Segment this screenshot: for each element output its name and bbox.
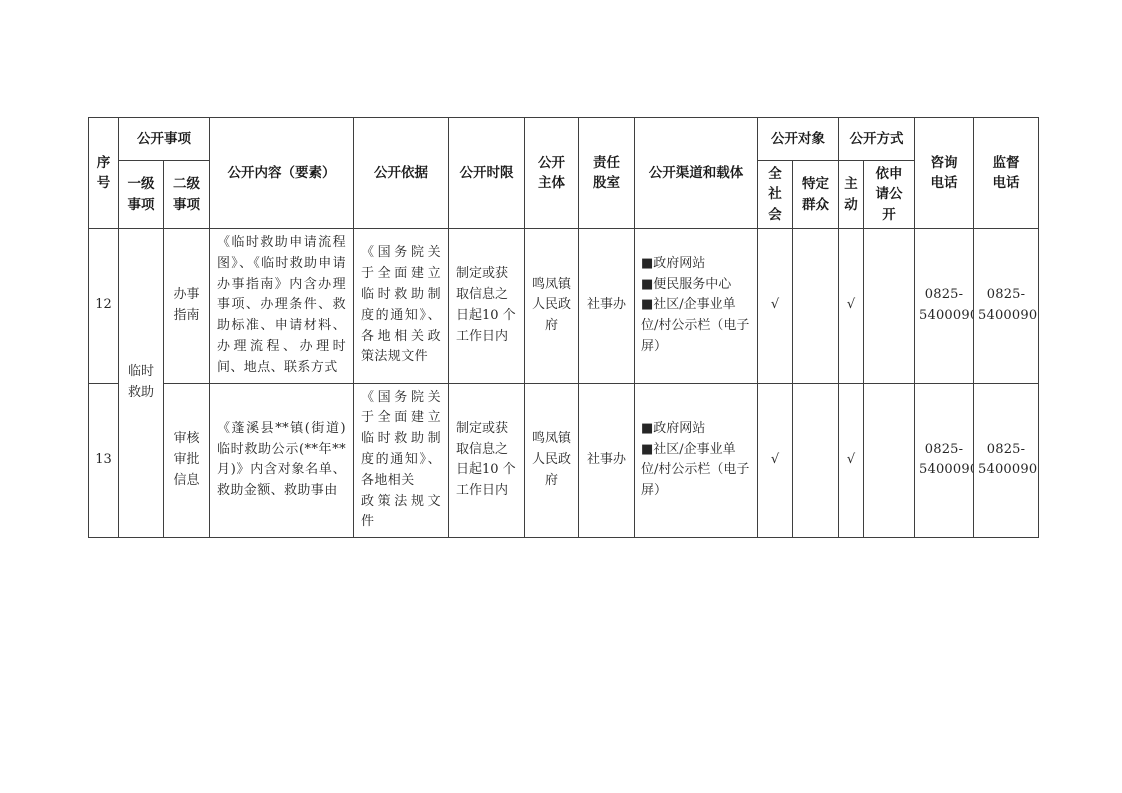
row13-supervision-phone: 0825- 5400090 <box>974 383 1039 538</box>
row12-channels: ■政府网站 ■便民服务中心 ■社区/企事业单位/村公示栏（电子屏） <box>635 229 758 384</box>
header-supervision-phone: 监督 电话 <box>974 118 1039 229</box>
row13-time-limit: 制定或获取信息之日起10 个工作日内 <box>449 383 525 538</box>
header-content: 公开内容（要素） <box>210 118 354 229</box>
row12-basis: 《国务院关于全面建立临时救助制度的通知》、各地相关政策法规文件 <box>354 229 449 384</box>
row13-level2: 审核 审批 信息 <box>164 383 210 538</box>
row13-method-on-request-check <box>864 383 915 538</box>
row12-serial: 12 <box>89 229 119 384</box>
row12-content: 《临时救助申请流程图》、《临时救助申请办事指南》内含办理事项、办理条件、救助标准… <box>210 229 354 384</box>
header-audience-all: 全 社 会 <box>758 161 793 229</box>
row13-serial: 13 <box>89 383 119 538</box>
header-time-limit: 公开时限 <box>449 118 525 229</box>
row12-supervision-phone: 0825- 5400090 <box>974 229 1039 384</box>
document-page: 序 号 公开事项 公开内容（要素） 公开依据 公开时限 公开 主体 责任 股室 … <box>0 0 1122 793</box>
header-basis: 公开依据 <box>354 118 449 229</box>
row12-audience-specific-check <box>793 229 839 384</box>
header-subject: 公开 主体 <box>525 118 579 229</box>
row12-audience-all-check: √ <box>758 229 793 384</box>
header-matter-group: 公开事项 <box>119 118 210 161</box>
row13-consult-phone: 0825- 5400090 <box>915 383 974 538</box>
level1-item-cell: 临时 救助 <box>119 229 164 538</box>
header-method-group: 公开方式 <box>839 118 915 161</box>
row13-department: 社事办 <box>579 383 635 538</box>
row12-consult-phone: 0825- 5400090 <box>915 229 974 384</box>
disclosure-table: 序 号 公开事项 公开内容（要素） 公开依据 公开时限 公开 主体 责任 股室 … <box>88 117 1039 538</box>
header-row-top: 序 号 公开事项 公开内容（要素） 公开依据 公开时限 公开 主体 责任 股室 … <box>89 118 1039 161</box>
row12-level2: 办事 指南 <box>164 229 210 384</box>
header-department: 责任 股室 <box>579 118 635 229</box>
row12-time-limit: 制定或获取信息之日起10 个工作日内 <box>449 229 525 384</box>
header-consult-phone: 咨询 电话 <box>915 118 974 229</box>
header-audience-specific: 特定 群众 <box>793 161 839 229</box>
row13-subject: 鸣凤镇人民政府 <box>525 383 579 538</box>
header-channels: 公开渠道和载体 <box>635 118 758 229</box>
header-serial: 序 号 <box>89 118 119 229</box>
row13-method-active-check: √ <box>839 383 864 538</box>
row13-audience-specific-check <box>793 383 839 538</box>
header-level1: 一级 事项 <box>119 161 164 229</box>
header-audience-group: 公开对象 <box>758 118 839 161</box>
header-method-active: 主 动 <box>839 161 864 229</box>
row13-channels: ■政府网站 ■社区/企事业单位/村公示栏（电子屏） <box>635 383 758 538</box>
table-row-13: 13 审核 审批 信息 《蓬溪县**镇(街道)临时救助公示(**年**月)》内含… <box>89 383 1039 538</box>
row12-method-active-check: √ <box>839 229 864 384</box>
header-level2: 二级 事项 <box>164 161 210 229</box>
header-method-on-request: 依申 请公 开 <box>864 161 915 229</box>
row12-subject: 鸣凤镇人民政府 <box>525 229 579 384</box>
row12-method-on-request-check <box>864 229 915 384</box>
row13-basis: 《国务院关于全面建立临时救助制度的通知》、各地相关 政策法规文件 <box>354 383 449 538</box>
row13-content: 《蓬溪县**镇(街道)临时救助公示(**年**月)》内含对象名单、救助金额、救助… <box>210 383 354 538</box>
row13-audience-all-check: √ <box>758 383 793 538</box>
table-row-12: 12 临时 救助 办事 指南 《临时救助申请流程图》、《临时救助申请办事指南》内… <box>89 229 1039 384</box>
row12-department: 社事办 <box>579 229 635 384</box>
